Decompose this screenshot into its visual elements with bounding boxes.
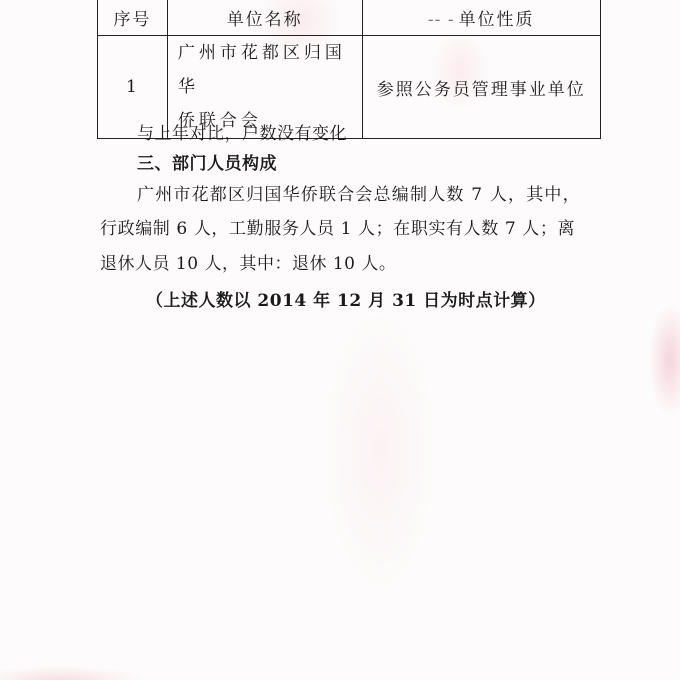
cell-unit-name-line1: 广州市花都区归国华 — [168, 36, 362, 104]
staff-paragraph-line3: 退休人员 10 人，其中：退休 10 人。 — [100, 249, 396, 274]
header-dash-mark: -- - — [428, 10, 455, 30]
date-note: （上述人数以 2014 年 12 月 31 日为时点计算） — [146, 286, 546, 311]
header-serial-number: 序号 — [98, 0, 168, 36]
section-heading: 三、部门人员构成 — [137, 149, 277, 174]
table-header-row: 序号 单位名称 -- -单位性质 — [98, 0, 601, 36]
header-unit-name: 单位名称 — [167, 0, 362, 36]
header-unit-type: -- -单位性质 — [362, 0, 601, 36]
header-unit-type-label: 单位性质 — [459, 10, 535, 30]
staff-paragraph-line2: 行政编制 6 人，工勤服务人员 1 人；在职实有人数 7 人；离 — [100, 214, 575, 239]
staff-paragraph-line1: 广州市花都区归国华侨联合会总编制人数 7 人，其中， — [137, 180, 581, 205]
comparison-text: 与上年对比，户数没有变化 — [137, 119, 347, 144]
cell-unit-type: 参照公务员管理事业单位 — [362, 36, 601, 139]
